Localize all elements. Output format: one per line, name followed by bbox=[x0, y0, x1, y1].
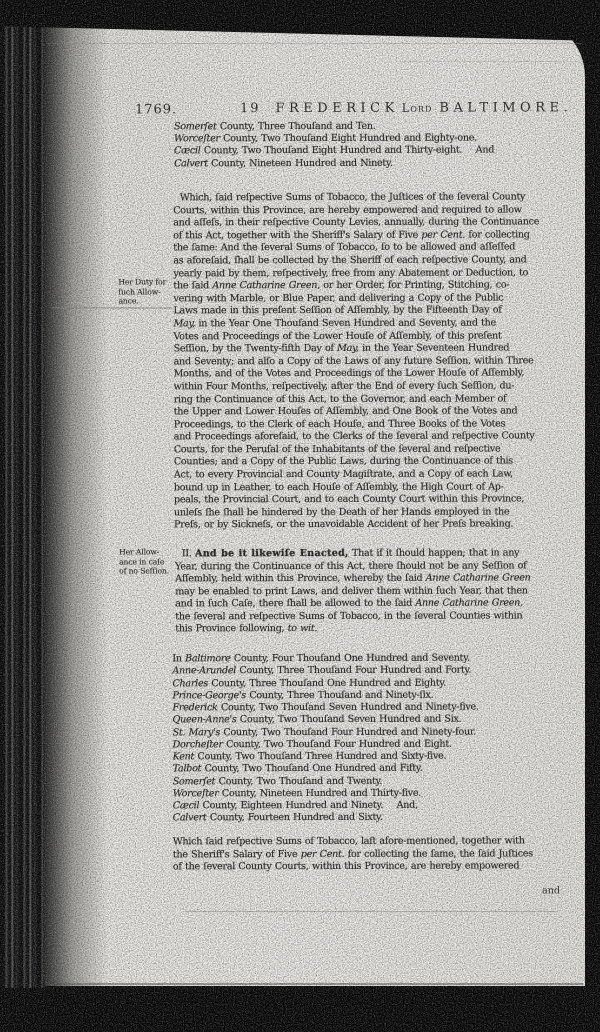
text-line: Kent County, Two Thouſand Three Hundred … bbox=[173, 751, 479, 764]
text-line: ring the Continuance of this Act, to the… bbox=[174, 393, 540, 407]
text-line: Somerſet County, Two Thouſand and Twenty… bbox=[173, 775, 479, 788]
margin-note-line: Her Allow- bbox=[119, 547, 181, 557]
header-title-name: FREDERICK bbox=[275, 101, 398, 116]
text-line: as aforeſaid, ſhall be collected by the … bbox=[173, 254, 539, 268]
text-line: II. And be it likewiſe Enacted, That if … bbox=[175, 547, 530, 560]
text-line: yearly paid by them, reſpectively, free … bbox=[173, 267, 539, 281]
margin-note-allowance-no-session: Her Allow-ance in caſeof no Seſſion. bbox=[119, 547, 181, 576]
text-line: Act, to every Provincial and County Magi… bbox=[174, 468, 540, 482]
text-line: Calvert County, Fourteen Hundred and Six… bbox=[173, 812, 479, 825]
text-line: may be enabled to print Laws, and delive… bbox=[175, 585, 530, 598]
text-line: Cæcil County, Two Thouſand Eight Hundred… bbox=[174, 145, 494, 158]
text-line: Proceedings, to the Clerk of each Houſe,… bbox=[174, 418, 540, 432]
text-line: the Upper and Lower Houſes of Aſſembly, … bbox=[174, 405, 540, 419]
county-allowance-list-1: Somerſet County, Three Thouſand and Ten.… bbox=[174, 120, 494, 170]
paragraph-closing: Which ſaid reſpective Sums of Tobacco, l… bbox=[173, 835, 533, 873]
text-line: Queen-Anne's County, Two Thouſand Seven … bbox=[173, 714, 479, 727]
text-line: Calvert County, Nineteen Hundred and Nin… bbox=[174, 157, 494, 170]
text-line: Preſs, or by Sickneſs, or the unavoidabl… bbox=[174, 519, 540, 533]
text-line: the ſeveral and reſpective Sums of Tobac… bbox=[175, 610, 530, 623]
text-line: Worceſter County, Nineteen Hundred and T… bbox=[173, 787, 479, 800]
text-line: Laws made in this preſent Seſſion of Aſſ… bbox=[173, 305, 539, 319]
margin-note-line: ance. bbox=[118, 296, 180, 306]
text-line: Dorcheſter County, Two Thouſand Four Hun… bbox=[173, 738, 479, 751]
text-line: the ſame: And the ſeveral Sums of Tobacc… bbox=[173, 242, 539, 256]
text-line: Votes and Proceedings of the Lower Houſe… bbox=[174, 330, 540, 344]
text-line: Prince-George's County, Three Thouſand a… bbox=[172, 689, 478, 702]
text-line: St. Mary's County, Two Thouſand Four Hun… bbox=[173, 726, 479, 739]
margin-note-line: ance in caſe bbox=[119, 557, 181, 567]
text-line: Talbot County, Two Thouſand One Hundred … bbox=[173, 763, 479, 776]
text-line: Charles County, Three Thouſand One Hundr… bbox=[172, 677, 478, 690]
text-line: Courts, for the Peruſal of the Inhabitan… bbox=[174, 443, 540, 457]
text-line: Aſſembly, held within this Province, whe… bbox=[175, 572, 530, 585]
text-line: Frederick County, Two Thouſand Seven Hun… bbox=[172, 702, 478, 715]
text-line: Anne-Arundel County, Three Thouſand Four… bbox=[172, 665, 478, 678]
running-header: 19FREDERICKLordBALTIMORE. bbox=[240, 100, 572, 116]
text-line: and Proceedings aforeſaid, to the Clerks… bbox=[174, 431, 540, 445]
year-label: 1769. bbox=[135, 102, 177, 117]
text-line: vering with Marble, or Blue Paper, and d… bbox=[173, 292, 539, 306]
text-line: Which, ſaid reſpective Sums of Tobacco, … bbox=[173, 191, 539, 205]
text-line: Courts, within this Province, are hereby… bbox=[173, 204, 539, 218]
text-line: Which ſaid reſpective Sums of Tobacco, l… bbox=[173, 835, 533, 848]
text-line: May, in the Year One Thouſand Seven Hund… bbox=[173, 317, 539, 331]
county-allowance-list-2: In Baltimore County, Four Thouſand One H… bbox=[172, 653, 479, 825]
text-line: In Baltimore County, Four Thouſand One H… bbox=[172, 653, 478, 666]
text-line: of the ſeveral County Courts, within thi… bbox=[173, 860, 533, 873]
text-line: Months, and of the Votes and Proceedings… bbox=[174, 368, 540, 382]
text-line: this Province following, to wit. bbox=[175, 622, 530, 635]
text-line: the Sheriff's Salary of Five per Cent. f… bbox=[173, 848, 533, 861]
text-line: the ſaid Anne Catharine Green, or her Or… bbox=[173, 280, 539, 294]
paragraph-section-ii: II. And be it likewiſe Enacted, That if … bbox=[175, 547, 531, 635]
text-line: peals, the Provincial Court, and to each… bbox=[174, 494, 540, 508]
margin-note-line: of no Seſſion. bbox=[119, 566, 181, 576]
header-title-style: Lord bbox=[402, 101, 433, 115]
text-line: Worceſter County, Two Thouſand Eight Hun… bbox=[174, 133, 494, 146]
text-line: of this Act, together with the Sheriff's… bbox=[173, 229, 539, 243]
text-line: Somerſet County, Three Thouſand and Ten. bbox=[174, 120, 494, 133]
text-line: and aſſeſs, in their reſpective County L… bbox=[173, 217, 539, 231]
catchword: and bbox=[542, 885, 560, 896]
margin-note-line: Her Duty for bbox=[118, 277, 180, 287]
page-number: 19 bbox=[240, 101, 261, 116]
text-line: Seſſion, by the Twenty-fifth Day of May,… bbox=[174, 342, 540, 356]
text-line: Counties; and a Copy of the Public Laws,… bbox=[174, 456, 540, 470]
margin-note-duty-for-allowance: Her Duty forſuch Allow-ance. bbox=[118, 277, 180, 306]
margin-note-line: ſuch Allow- bbox=[118, 287, 180, 297]
paragraph-duty-clause: Which, ſaid reſpective Sums of Tobacco, … bbox=[173, 191, 540, 532]
text-line: and Seventy; and alſo a Copy of the Laws… bbox=[174, 355, 540, 369]
text-line: Cæcil County, Eighteen Hundred and Ninet… bbox=[173, 800, 479, 813]
text-line: and in ſuch Caſe, there ſhall be allowed… bbox=[175, 597, 530, 610]
text-line: Year, during the Continuance of this Act… bbox=[175, 560, 530, 573]
text-line: unleſs ſhe ſhall be hindered by the Deat… bbox=[174, 506, 540, 520]
text-line: bound up in Leather, to each Houſe of Aſ… bbox=[174, 481, 540, 495]
text-line: within Four Months, reſpectively, after … bbox=[174, 380, 540, 394]
scanned-book-page: 1769. 19FREDERICKLordBALTIMORE. Her Duty… bbox=[0, 0, 600, 1032]
header-title-surname: BALTIMORE. bbox=[439, 100, 572, 115]
page-text-layer: 1769. 19FREDERICKLordBALTIMORE. Her Duty… bbox=[0, 0, 600, 1032]
